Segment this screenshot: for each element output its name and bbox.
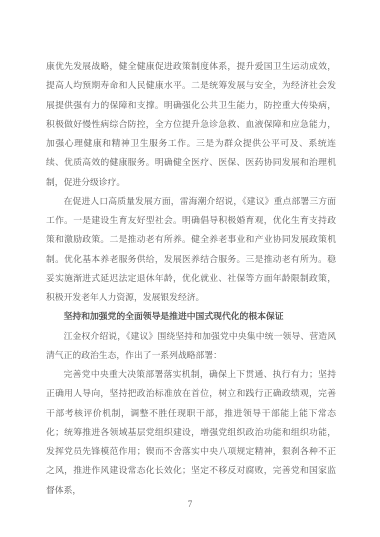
- page-content: 康优先发展战略，健全健康促进政策制度体系，提升爱国卫生运动成效，提高人均预期寿命…: [46, 57, 336, 500]
- document-page: 康优先发展战略，健全健康促进政策制度体系，提升爱国卫生运动成效，提高人均预期寿命…: [0, 0, 380, 537]
- paragraph-jiangjinquan-intro: 江金权介绍说，《建议》围绕坚持和加强党中央集中统一领导、营造风清气正的政治生态，…: [46, 327, 336, 366]
- page-number: 7: [0, 499, 380, 509]
- paragraph-population-development: 在促进人口高质量发展方面，雷海潮介绍说，《建议》重点部署三方面工作。一是建设生育…: [46, 192, 336, 308]
- paragraph-health-strategy-continuation: 康优先发展战略，健全健康促进政策制度体系，提升爱国卫生运动成效，提高人均预期寿命…: [46, 57, 336, 192]
- paragraph-strategic-deployments: 完善党中央重大决策部署落实机制，确保上下贯通、执行有力；坚持正确用人导向，坚持把…: [46, 365, 336, 500]
- section-subheading-party-leadership: 坚持和加强党的全面领导是推进中国式现代化的根本保证: [46, 307, 336, 326]
